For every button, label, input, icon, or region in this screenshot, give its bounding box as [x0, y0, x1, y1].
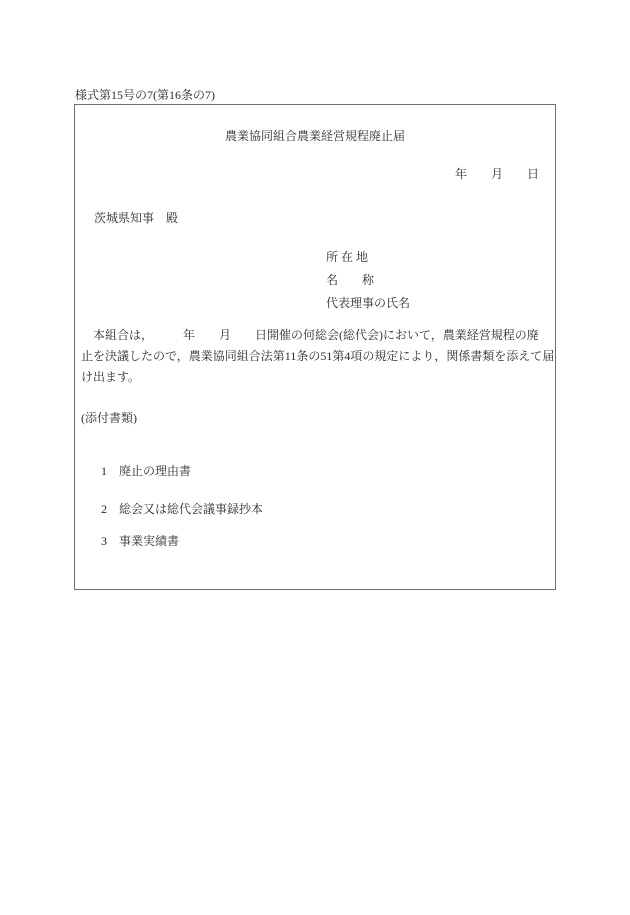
attachment-item-label: 事業実績書 — [119, 534, 179, 548]
body-line-2: 止を決議したので，農業協同組合法第11条の51第4項の規定により，関係書類を添え… — [81, 346, 551, 367]
body-line-1: 本組合は， 年 月 日開催の何総会(総代会)において，農業経営規程の廃 — [81, 325, 551, 346]
date-line: 年 月 日 — [455, 165, 539, 182]
attachment-item-number: 3 — [101, 534, 119, 549]
addressee: 茨城県知事 殿 — [94, 209, 178, 226]
sender-address-label: 所 在 地 — [326, 246, 410, 269]
attachments-heading: (添付書類) — [81, 409, 137, 426]
attachment-item-number: 2 — [101, 502, 119, 517]
sender-block: 所 在 地 名 称 代表理事の氏名 — [326, 246, 410, 315]
document-title: 農業協同組合農業経営規程廃止届 — [75, 127, 555, 144]
sender-name-label: 名 称 — [326, 269, 410, 292]
attachment-item: 3事業実績書 — [83, 517, 179, 564]
attachment-item-label: 廃止の理由書 — [119, 464, 191, 478]
body-paragraph: 本組合は， 年 月 日開催の何総会(総代会)において，農業経営規程の廃 止を決議… — [81, 325, 551, 388]
document-page: 様式第15号の7(第16条の7) 農業協同組合農業経営規程廃止届 年 月 日 茨… — [0, 0, 630, 915]
sender-representative-label: 代表理事の氏名 — [326, 292, 410, 315]
attachment-item-label: 総会又は総代会議事録抄本 — [119, 502, 263, 516]
document-border-box: 農業協同組合農業経営規程廃止届 年 月 日 茨城県知事 殿 所 在 地 名 称 … — [74, 104, 556, 590]
form-number: 様式第15号の7(第16条の7) — [75, 86, 215, 103]
body-line-3: け出ます。 — [81, 367, 551, 388]
attachment-item-number: 1 — [101, 464, 119, 479]
